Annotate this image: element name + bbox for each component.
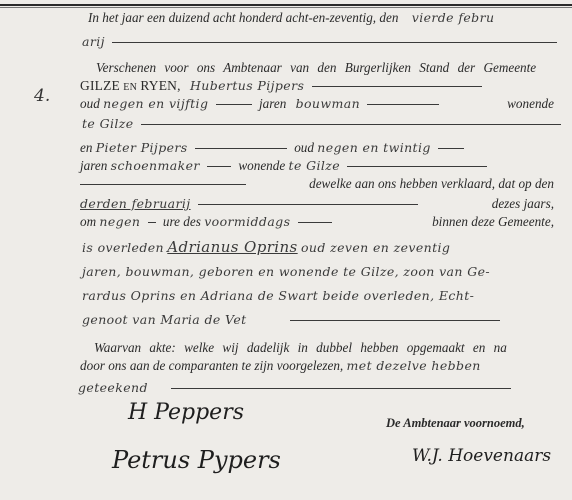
fill-line bbox=[216, 104, 252, 105]
line-deceased-spouse: genoot van Maria de Vet bbox=[82, 312, 564, 330]
hw-death-hour: negen bbox=[99, 214, 140, 229]
hw-declarant1-age: negen en vijftig bbox=[103, 96, 208, 111]
line-death-date: derden februarij dezes jaars, bbox=[80, 196, 564, 214]
line-date-intro: In het jaar een duizend acht honderd ach… bbox=[88, 10, 564, 28]
hw-declarant2-residence: te Gilze bbox=[289, 158, 341, 173]
fill-line bbox=[312, 86, 482, 87]
printed-appeared-text: Verschenen voor ons Ambtenaar van den Bu… bbox=[96, 60, 536, 75]
printed-closing-1: Waarvan akte: welke wij dadelijk in dubb… bbox=[94, 340, 507, 355]
printed-jaren-2: jaren bbox=[80, 158, 107, 173]
printed-ure-des: ure des bbox=[163, 214, 201, 229]
signature-official: W.J. Hoevenaars bbox=[412, 446, 551, 466]
line-death-time: om negen ure des voormiddags binnen deze… bbox=[80, 214, 564, 232]
printed-this-year: dezes jaars, bbox=[492, 196, 554, 212]
fill-line bbox=[207, 166, 231, 167]
printed-within-municipality: binnen deze Gemeente, bbox=[432, 214, 554, 230]
fill-line bbox=[347, 166, 487, 167]
top-border-rule-thin bbox=[0, 7, 572, 8]
fill-line bbox=[112, 42, 557, 43]
hw-declarant2-age: negen en twintig bbox=[317, 140, 431, 155]
printed-jaren: jaren bbox=[259, 96, 286, 111]
hw-deceased-details: jaren, bouwman, geboren en wonende te Gi… bbox=[82, 264, 490, 279]
printed-oud-2: oud bbox=[294, 140, 314, 155]
line-date-cont: arij bbox=[82, 34, 564, 52]
hw-day-month: vierde febru bbox=[412, 10, 495, 25]
printed-declared-text: dewelke aan ons hebben verklaard, dat op… bbox=[309, 176, 554, 192]
line-municipality: GILZE EN RYEN, Hubertus Pijpers bbox=[80, 78, 564, 96]
line-deceased: is overleden Adrianus Oprins oud zeven e… bbox=[82, 238, 564, 256]
fill-line bbox=[171, 388, 511, 389]
hw-deceased-age: oud zeven en zeventig bbox=[301, 240, 450, 255]
printed-year-text: In het jaar een duizend acht honderd ach… bbox=[88, 10, 398, 25]
printed-wonende-2: wonende bbox=[238, 158, 285, 173]
line-signed: geteekend bbox=[78, 380, 564, 398]
fill-line bbox=[80, 184, 246, 185]
printed-wonende: wonende bbox=[507, 96, 554, 112]
printed-oud: oud bbox=[80, 96, 100, 111]
line-declarant2-occupation: jaren schoenmaker wonende te Gilze bbox=[80, 158, 564, 176]
printed-om: om bbox=[80, 214, 96, 229]
hw-death-daypart: voormiddags bbox=[204, 214, 290, 229]
line-declarant1-age: oud negen en vijftig jaren bouwman wonen… bbox=[80, 96, 564, 114]
line-appeared: Verschenen voor ons Ambtenaar van den Bu… bbox=[96, 60, 564, 78]
fill-line bbox=[438, 148, 464, 149]
printed-closing-2: door ons aan de comparanten te zijn voor… bbox=[80, 358, 343, 373]
municipality-gilze: GILZE bbox=[80, 78, 120, 93]
hw-deceased-name: Adrianus Oprins bbox=[167, 238, 297, 256]
hw-geteekend: geteekend bbox=[78, 380, 148, 395]
top-border-rule bbox=[0, 4, 572, 6]
line-deceased-parents: rardus Oprins en Adriana de Swart beide … bbox=[82, 288, 564, 306]
municipality-ryen: RYEN, bbox=[140, 78, 180, 93]
hw-deceased-spouse: genoot van Maria de Vet bbox=[82, 312, 247, 327]
municipality-en: EN bbox=[123, 82, 137, 93]
line-declarant2: en Pieter Pijpers oud negen en twintig bbox=[80, 140, 564, 158]
printed-en: en bbox=[80, 140, 92, 155]
record-number: 4. bbox=[34, 86, 50, 106]
fill-line bbox=[148, 222, 156, 223]
hw-deceased-parents: rardus Oprins en Adriana de Swart beide … bbox=[82, 288, 474, 303]
signature-witness-2: Petrus Pypers bbox=[112, 446, 281, 474]
hw-declarant1-residence: te Gilze bbox=[82, 116, 134, 131]
hw-is-overleden: is overleden bbox=[82, 240, 164, 255]
fill-line bbox=[195, 148, 287, 149]
hw-declarant2-occupation: schoenmaker bbox=[111, 158, 200, 173]
fill-line bbox=[141, 124, 561, 125]
line-declared: dewelke aan ons hebben verklaard, dat op… bbox=[80, 176, 564, 194]
hw-declarant1-occupation: bouwman bbox=[296, 96, 360, 111]
signature-witness-1: H Peppers bbox=[128, 400, 244, 425]
hw-declarant2-name: Pieter Pijpers bbox=[96, 140, 188, 155]
fill-line bbox=[290, 320, 500, 321]
line-declarant1-residence: te Gilze bbox=[82, 116, 564, 134]
line-closing-2: door ons aan de comparanten te zijn voor… bbox=[80, 358, 564, 376]
hw-declarant1-name: Hubertus Pijpers bbox=[190, 78, 304, 93]
hw-signed-with: met dezelve hebben bbox=[347, 358, 481, 373]
hw-death-date: derden februarij bbox=[80, 196, 191, 211]
fill-line bbox=[298, 222, 332, 223]
hw-month-cont: arij bbox=[82, 34, 105, 49]
line-closing-1: Waarvan akte: welke wij dadelijk in dubb… bbox=[94, 340, 564, 358]
official-label: De Ambtenaar voornoemd, bbox=[386, 416, 525, 431]
fill-line bbox=[198, 204, 418, 205]
fill-line bbox=[367, 104, 439, 105]
line-deceased-details: jaren, bouwman, geboren en wonende te Gi… bbox=[82, 264, 564, 282]
